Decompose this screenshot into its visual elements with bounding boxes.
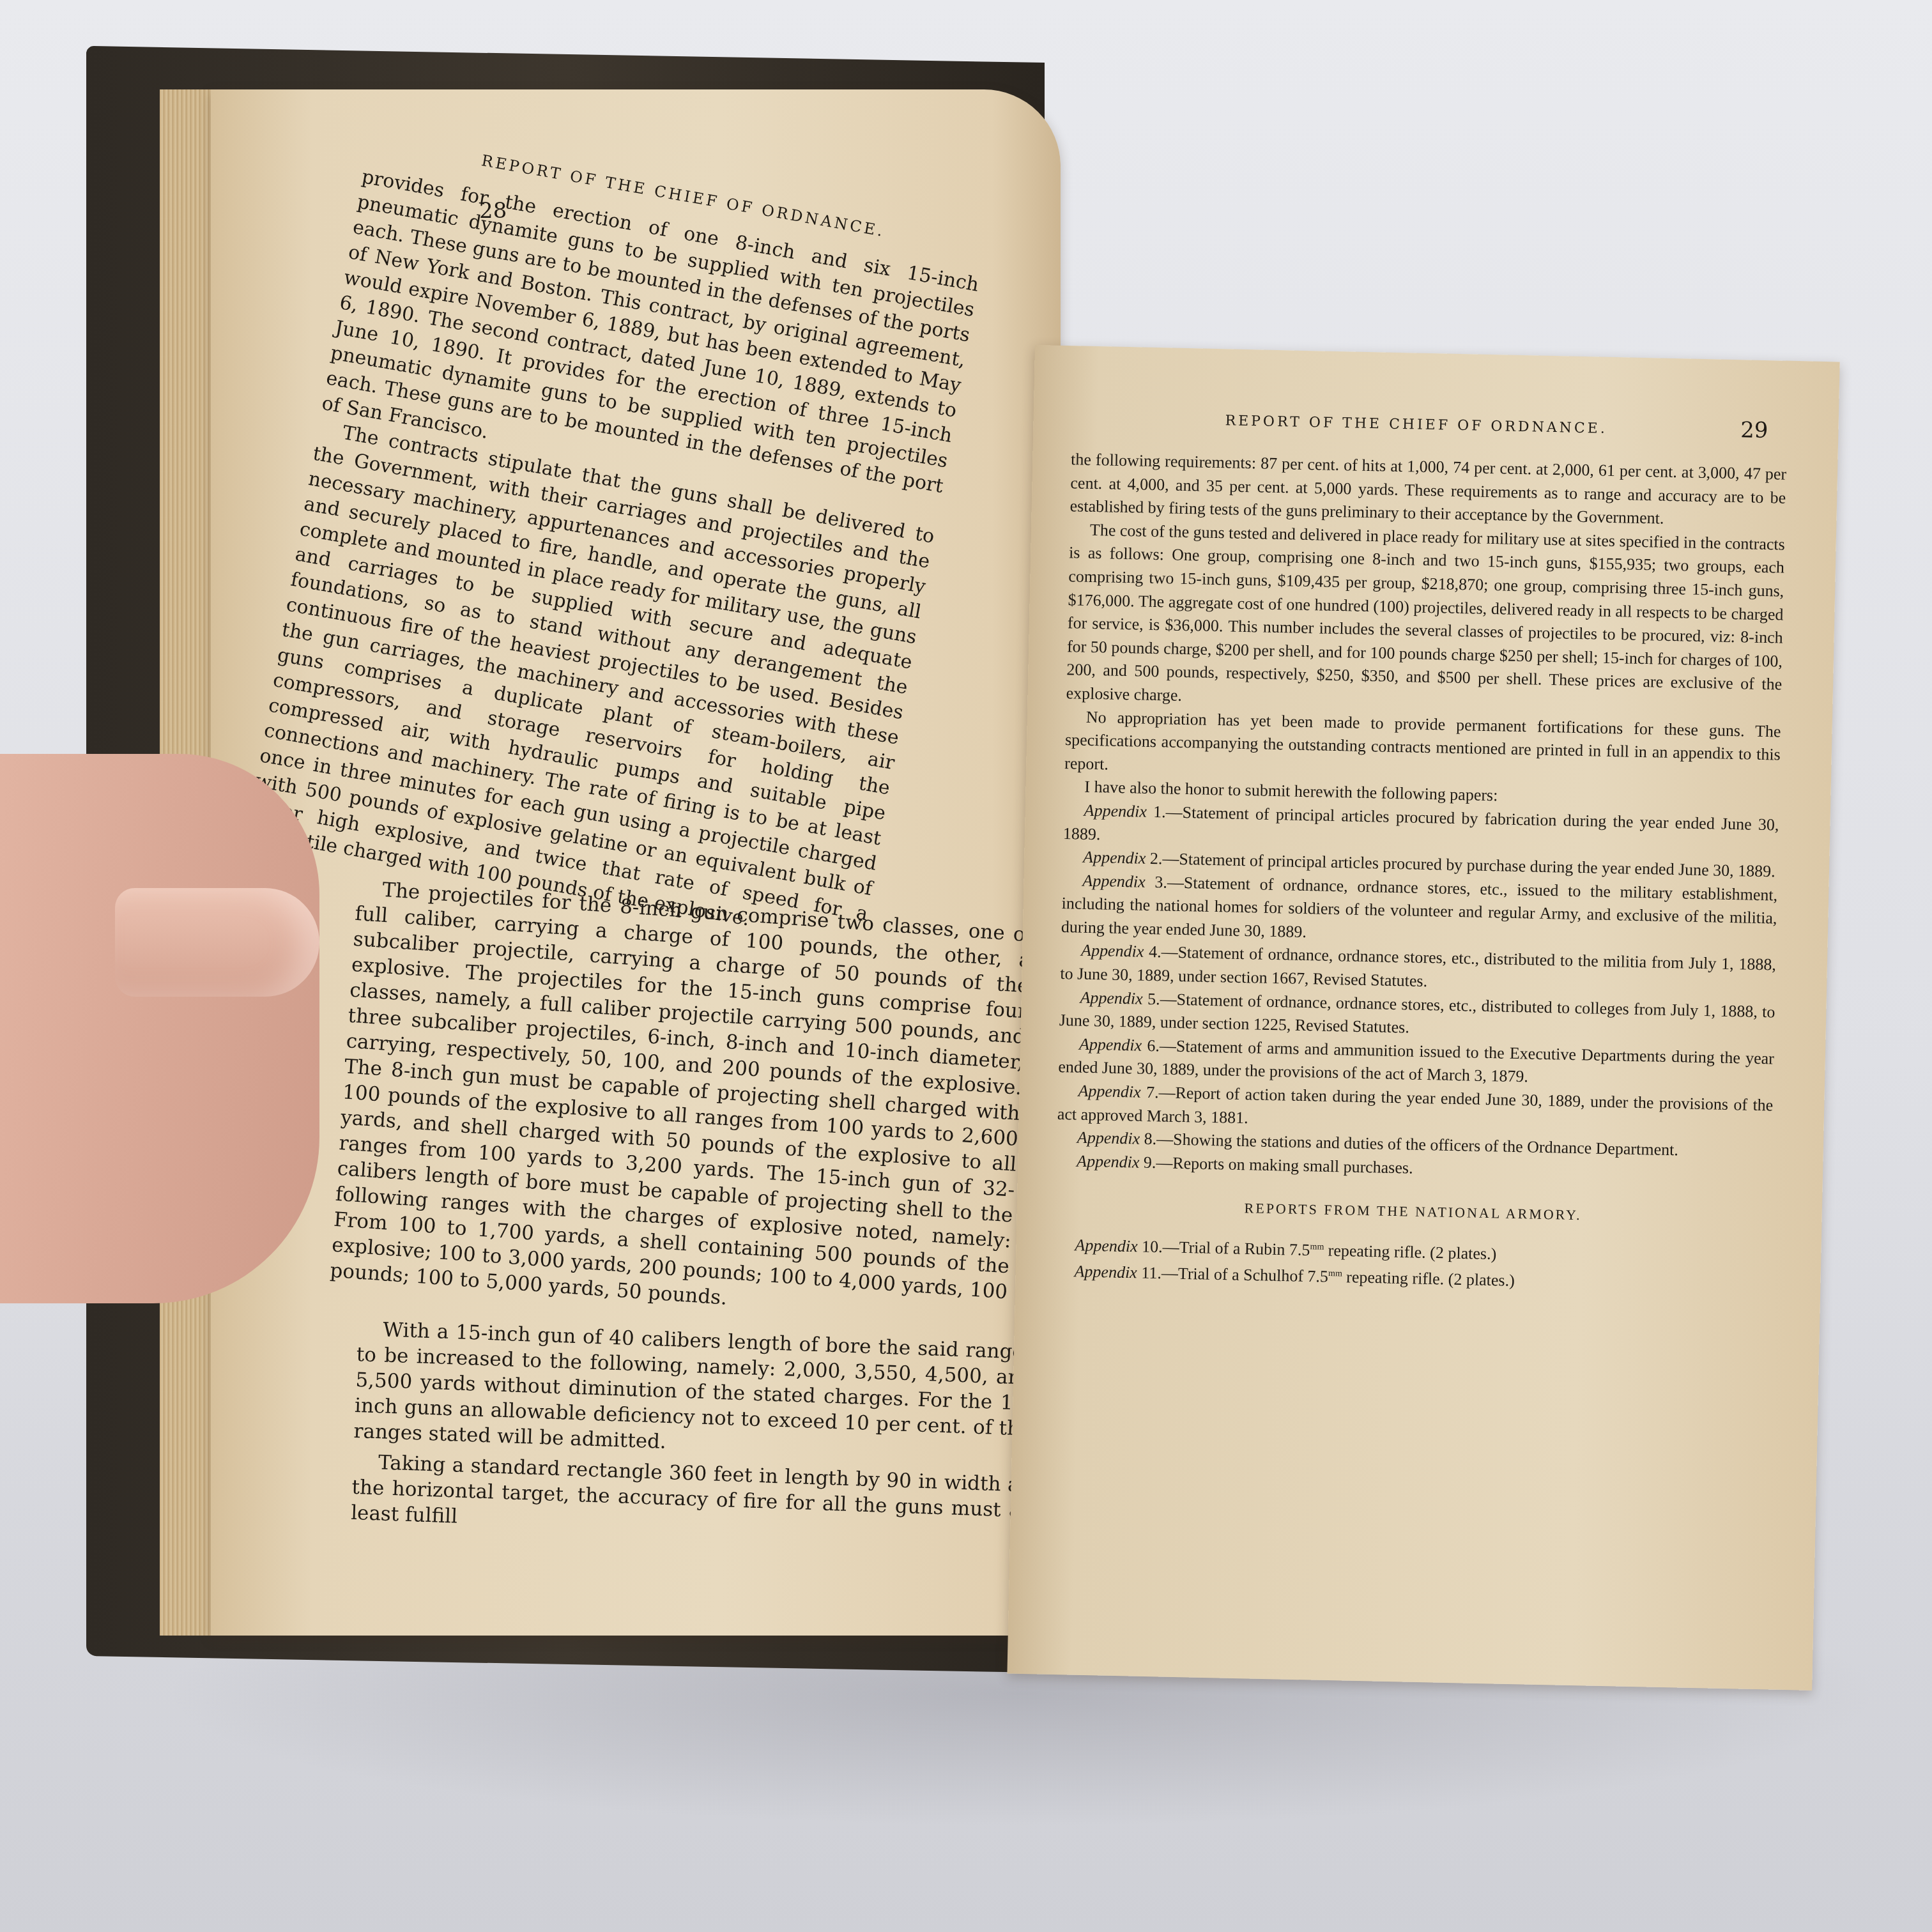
left-page-body-lower: The projectiles for the 8-inch gun compr… bbox=[329, 875, 1034, 1335]
section-heading: REPORTS FROM THE NATIONAL ARMORY. bbox=[1055, 1193, 1771, 1231]
thumb bbox=[115, 888, 319, 997]
left-page-body-bottom: With a 15-inch gun of 40 calibers length… bbox=[350, 1316, 1034, 1554]
left-page: 28 REPORT OF THE CHIEF OF ORDNANCE. prov… bbox=[211, 89, 1061, 1636]
paragraph: With a 15-inch gun of 40 calibers length… bbox=[353, 1316, 1034, 1468]
right-page: REPORT OF THE CHIEF OF ORDNANCE. 29 the … bbox=[1007, 345, 1839, 1690]
paragraph: The cost of the guns tested and delivere… bbox=[1066, 518, 1785, 720]
holding-hand bbox=[0, 754, 319, 1303]
left-page-body: REPORT OF THE CHIEF OF ORDNANCE. provide… bbox=[244, 128, 987, 953]
page-number: 29 bbox=[1740, 417, 1768, 443]
right-page-body: the following requirements: 87 per cent.… bbox=[1054, 448, 1786, 1298]
paragraph: Taking a standard rectangle 360 feet in … bbox=[351, 1449, 1031, 1549]
running-head: REPORT OF THE CHIEF OF ORDNANCE. bbox=[1225, 413, 1607, 437]
paragraph: The projectiles for the 8-inch gun compr… bbox=[329, 875, 1033, 1330]
